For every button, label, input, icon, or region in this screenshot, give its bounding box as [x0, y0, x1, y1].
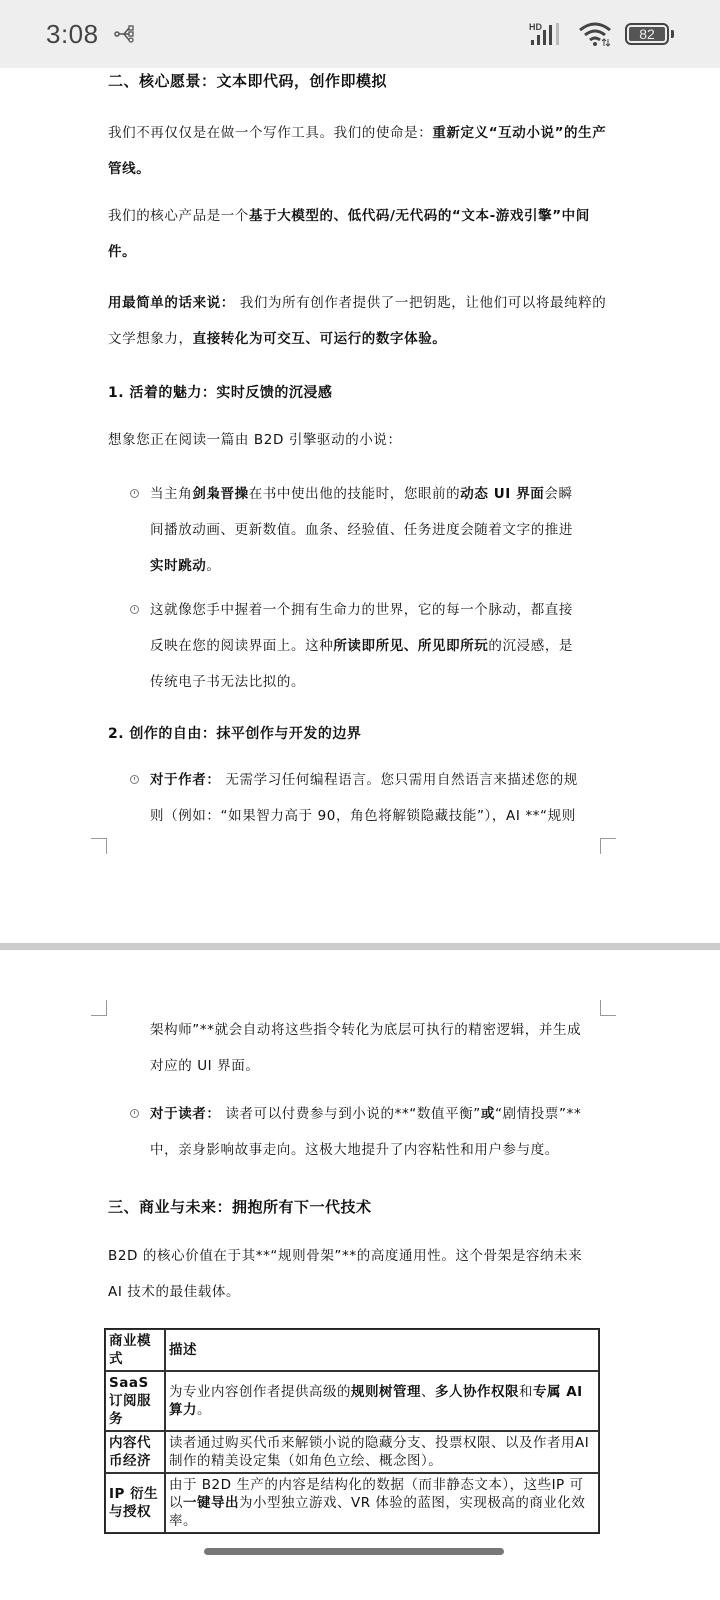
table-row: SaaS 订阅服务 为专业内容创作者提供高级的规则树管理、多人协作权限和专属 A… [105, 1371, 599, 1431]
table-cell-model: IP 衍生与授权 [105, 1473, 165, 1533]
signal-icon: HD [529, 21, 565, 47]
intro-paragraph: 想象您正在阅读一篇由 B2D 引擎驱动的小说： [108, 422, 402, 458]
list-item: 对于作者： 无需学习任何编程语言。您只需用自然语言来描述您的规 则（例如：“如果… [130, 762, 610, 834]
section-heading-3: 三、商业与未来：拥抱所有下一代技术 [108, 1196, 372, 1217]
bullet-icon [130, 775, 139, 784]
core-value-paragraph: B2D 的核心价值在于其**“规则骨架”**的高度通用性。这个骨架是容纳未来 A… [108, 1238, 618, 1310]
page-separator [0, 943, 720, 950]
table-cell-model: 内容代币经济 [105, 1431, 165, 1473]
author-bullet-continued: 架构师”**就会自动将这些指令转化为底层可执行的精密逻辑，并生成 对应的 UI … [150, 1012, 610, 1084]
table-cell-desc: 读者通过购买代币来解锁小说的隐藏分支、投票权限、以及作者用AI 制作的精美设定集… [165, 1431, 599, 1473]
table-header-cell: 描述 [165, 1329, 599, 1371]
battery-level: 82 [629, 27, 665, 41]
wifi-icon [577, 21, 613, 47]
list-item: 对于读者： 读者可以付费参与到小说的**“数值平衡”或“剧情投票”** 中，亲身… [130, 1096, 610, 1168]
mission-paragraph: 我们不再仅仅是在做一个写作工具。我们的使命是：重新定义“互动小说”的生产管线。 [108, 115, 608, 187]
table-row: 内容代币经济 读者通过购买代币来解锁小说的隐藏分支、投票权限、以及作者用AI 制… [105, 1431, 599, 1473]
business-model-table: 商业模式 描述 SaaS 订阅服务 为专业内容创作者提供高级的规则树管理、多人协… [104, 1328, 600, 1534]
product-paragraph: 我们的核心产品是一个基于大模型的、低代码/无代码的“文本-游戏引擎”中间件。 [108, 198, 608, 270]
page-corner-mark [600, 838, 616, 854]
bullet-icon [130, 489, 139, 498]
status-time: 3:08 [46, 19, 99, 50]
home-indicator[interactable] [204, 1548, 504, 1555]
bullet-icon [130, 605, 139, 614]
table-header-cell: 商业模式 [105, 1329, 165, 1371]
subsection-heading-1: 1. 活着的魅力：实时反馈的沉浸感 [108, 382, 332, 402]
battery-icon: 82 [625, 23, 674, 45]
network-type-label: HD [529, 22, 542, 32]
status-icons: HD 82 [529, 21, 674, 47]
table-cell-desc: 由于 B2D 生产的内容是结构化的数据（而非静态文本），这些IP 可以一键导出为… [165, 1473, 599, 1533]
table-row: IP 衍生与授权 由于 B2D 生产的内容是结构化的数据（而非静态文本），这些I… [105, 1473, 599, 1533]
list-item: 当主角剑枭晋操在书中使出他的技能时，您眼前的动态 UI 界面会瞬 间播放动画、更… [130, 476, 610, 584]
status-bar: 3:08 HD 82 [0, 0, 720, 68]
summary-paragraph: 用最简单的话来说： 我们为所有创作者提供了一把钥匙，让他们可以将最纯粹的文学想象… [108, 285, 608, 357]
usb-icon [113, 23, 137, 45]
section-heading-2: 二、核心愿景：文本即代码，创作即模拟 [108, 70, 387, 91]
page-corner-mark [91, 1000, 107, 1016]
subsection-heading-2: 2. 创作的自由：抹平创作与开发的边界 [108, 723, 361, 743]
list-item: 这就像您手中握着一个拥有生命力的世界，它的每一个脉动，都直接 反映在您的阅读界面… [130, 592, 610, 700]
page-corner-mark [91, 838, 107, 854]
table-header-row: 商业模式 描述 [105, 1329, 599, 1371]
table-cell-model: SaaS 订阅服务 [105, 1371, 165, 1431]
bullet-icon [130, 1109, 139, 1118]
table-cell-desc: 为专业内容创作者提供高级的规则树管理、多人协作权限和专属 AI 算力。 [165, 1371, 599, 1431]
